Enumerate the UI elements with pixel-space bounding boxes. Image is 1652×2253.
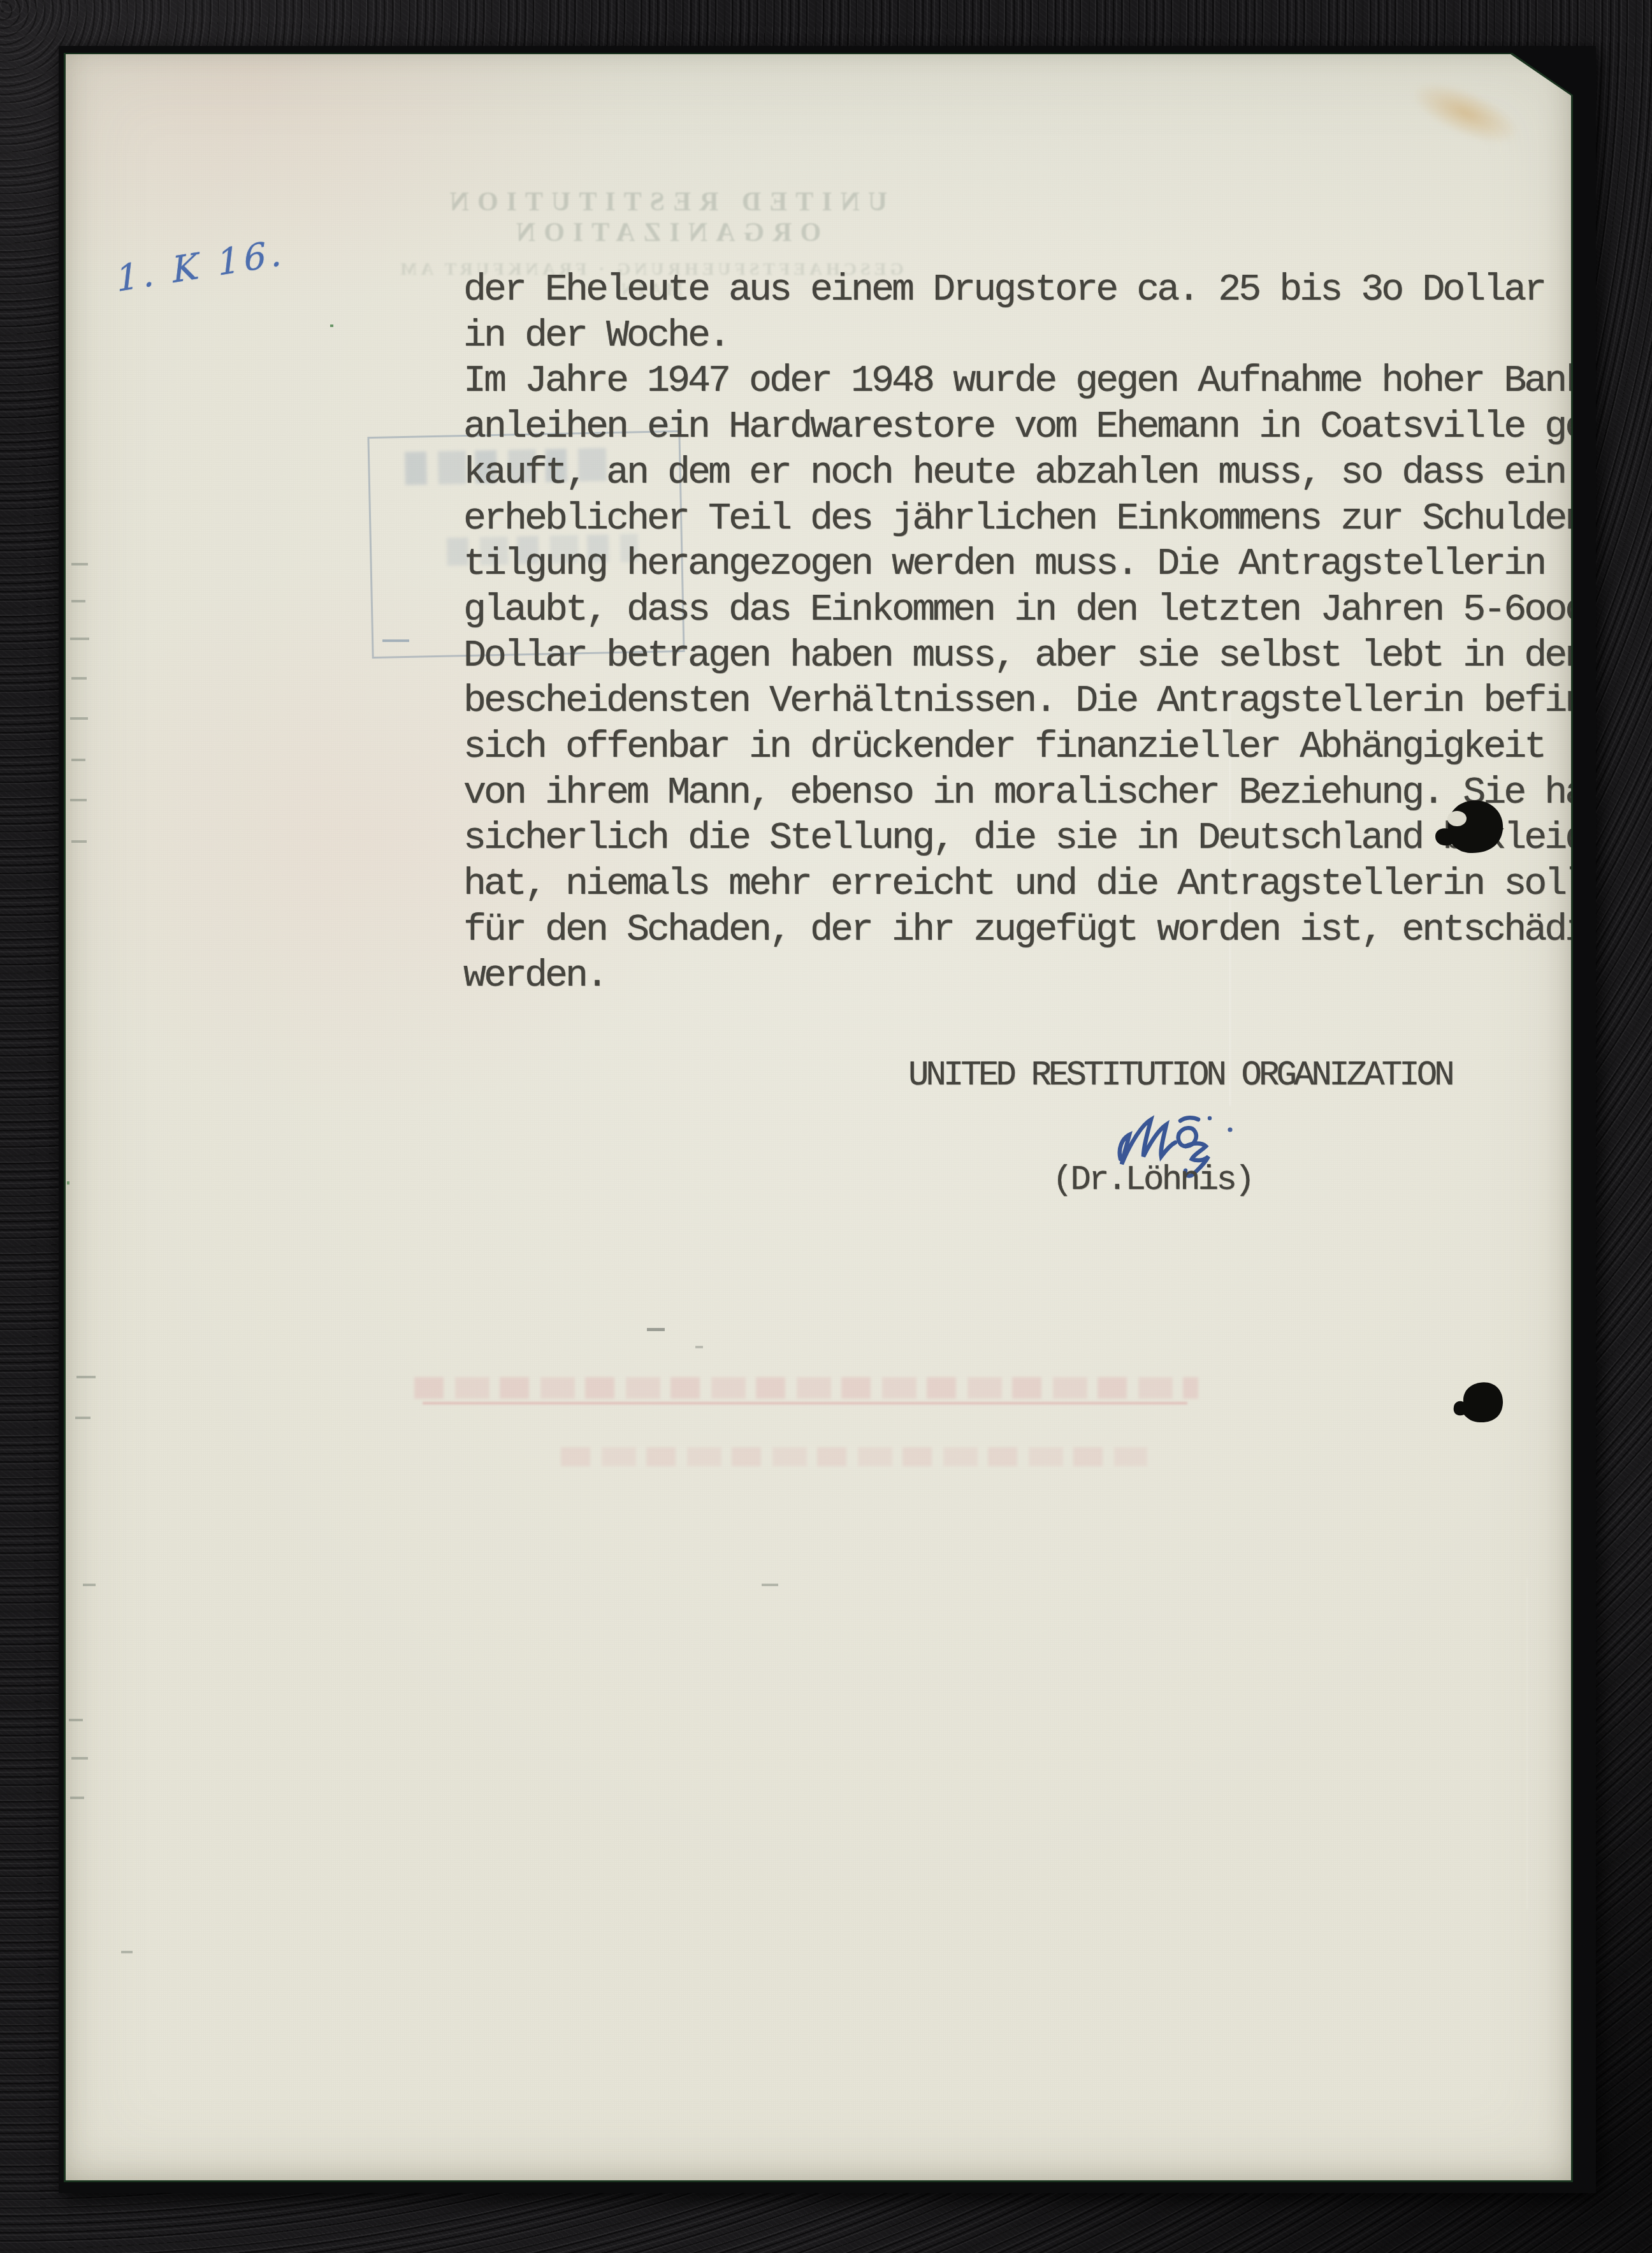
paper-crease bbox=[1526, 1578, 1528, 1909]
margin-tick bbox=[71, 759, 85, 761]
ink-blot-top bbox=[1431, 797, 1507, 856]
pink-bleed-band bbox=[414, 1377, 1198, 1399]
signatory-name: (Dr.Löhnis) bbox=[1052, 1163, 1253, 1198]
dash-mark bbox=[647, 1328, 665, 1331]
margin-tick bbox=[71, 600, 85, 602]
handwritten-annotation: 1. K 16. bbox=[115, 232, 286, 300]
margin-tick bbox=[71, 1757, 88, 1760]
pink-bleed-band bbox=[561, 1447, 1147, 1466]
margin-tick bbox=[121, 1951, 133, 1953]
typed-body: der Eheleute aus einem Drugstore ca. 25 … bbox=[463, 268, 1646, 999]
paper-crease bbox=[1229, 698, 1231, 1106]
green-speck bbox=[67, 1181, 69, 1185]
margin-tick bbox=[70, 799, 87, 801]
dash-mark bbox=[382, 639, 409, 642]
margin-tick bbox=[762, 1584, 778, 1586]
dash-mark bbox=[695, 1346, 703, 1348]
margin-tick bbox=[75, 1417, 91, 1419]
scan-background: UNITED RESTITUTION ORGANIZATION GESCHAEF… bbox=[0, 0, 1652, 2253]
corner-stain bbox=[1373, 51, 1543, 169]
green-speck bbox=[330, 324, 333, 327]
ghost-letterhead-line1: UNITED RESTITUTION ORGANIZATION bbox=[290, 187, 1039, 248]
margin-tick bbox=[70, 1797, 84, 1799]
pink-bleed-underline bbox=[423, 1402, 1187, 1404]
margin-tick bbox=[70, 717, 88, 720]
closing-line: UNITED RESTITUTION ORGANIZATION bbox=[908, 1059, 1452, 1093]
margin-tick bbox=[71, 563, 88, 565]
margin-tick bbox=[71, 840, 87, 843]
margin-tick bbox=[83, 1584, 96, 1586]
margin-tick bbox=[69, 1719, 83, 1721]
margin-tick bbox=[71, 677, 87, 680]
document-page: UNITED RESTITUTION ORGANIZATION GESCHAEF… bbox=[66, 54, 1571, 2180]
margin-tick bbox=[76, 1376, 96, 1378]
ink-blot-bottom bbox=[1450, 1380, 1505, 1425]
margin-tick bbox=[70, 638, 89, 640]
